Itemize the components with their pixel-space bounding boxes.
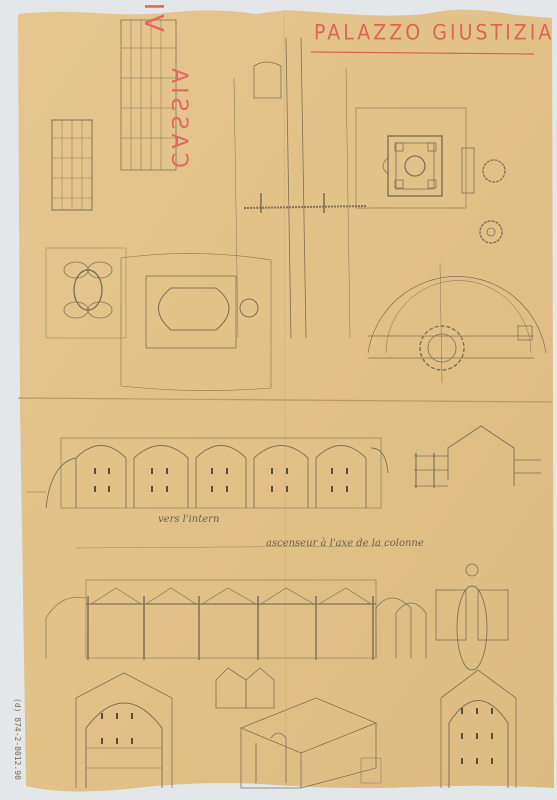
sketch-artwork xyxy=(16,8,554,792)
drawing-sheet: PALAZZO GIUSTIZIA VIA CASSIA CASSIA vers… xyxy=(16,8,554,792)
red-annotation-via-cassia: VIA CASSIA xyxy=(138,0,168,32)
inventory-number: (d) 874-2-8012.90 xyxy=(13,698,22,780)
red-annotation-cassia: CASSIA xyxy=(166,64,191,168)
sheet-title: PALAZZO GIUSTIZIA xyxy=(314,21,554,45)
note-ascenseur: ascenseur à l'axe de la colonne xyxy=(266,538,424,549)
note-vers-interne: vers l'intern xyxy=(158,514,219,525)
